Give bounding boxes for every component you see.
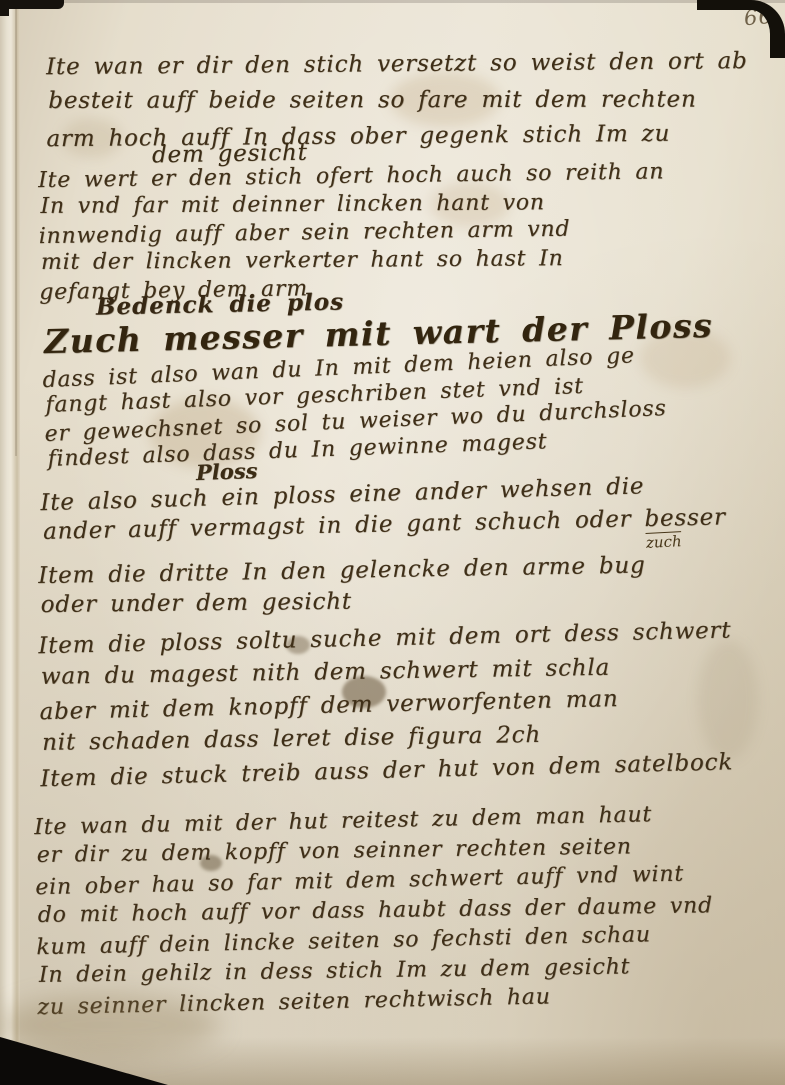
photo-corner-top-right xyxy=(697,0,785,58)
corner-shadow xyxy=(0,995,220,1055)
photo-corner-top-left xyxy=(0,0,64,9)
interlinear-word-zuch: zuch xyxy=(646,532,683,552)
paragraph-8: Ite wan du mit der hut reitest zu dem ma… xyxy=(34,800,713,1022)
paragraph-2: Ite wert er den stich ofert hoch auch so… xyxy=(38,159,666,306)
paragraph-6: Item die ploss soltu suche mit dem ort d… xyxy=(38,616,734,761)
page-edge-crease xyxy=(15,0,17,456)
manuscript-page: 66 Ite wan er dir den stich versetzt so … xyxy=(0,0,785,1085)
manuscript-line: oder under dem gesicht xyxy=(40,583,648,621)
paragraph-1: Ite wan er dir den stich versetzt so wei… xyxy=(46,44,748,156)
paragraph-5: Item die dritte In den gelencke den arme… xyxy=(38,552,646,622)
page-top-edge xyxy=(0,0,785,3)
paragraph-4: Ite also such ein ploss eine ander wehse… xyxy=(40,470,724,549)
photo-corner-top-left xyxy=(0,0,9,16)
book-gutter-edge xyxy=(0,0,20,1085)
paragraph-3: dass ist also wan du In mit dem heien al… xyxy=(42,342,668,474)
manuscript-line: besteit auff beide seiten so fare mit de… xyxy=(48,81,750,118)
manuscript-line: Ite wan er dir den stich versetzt so wei… xyxy=(46,43,748,85)
